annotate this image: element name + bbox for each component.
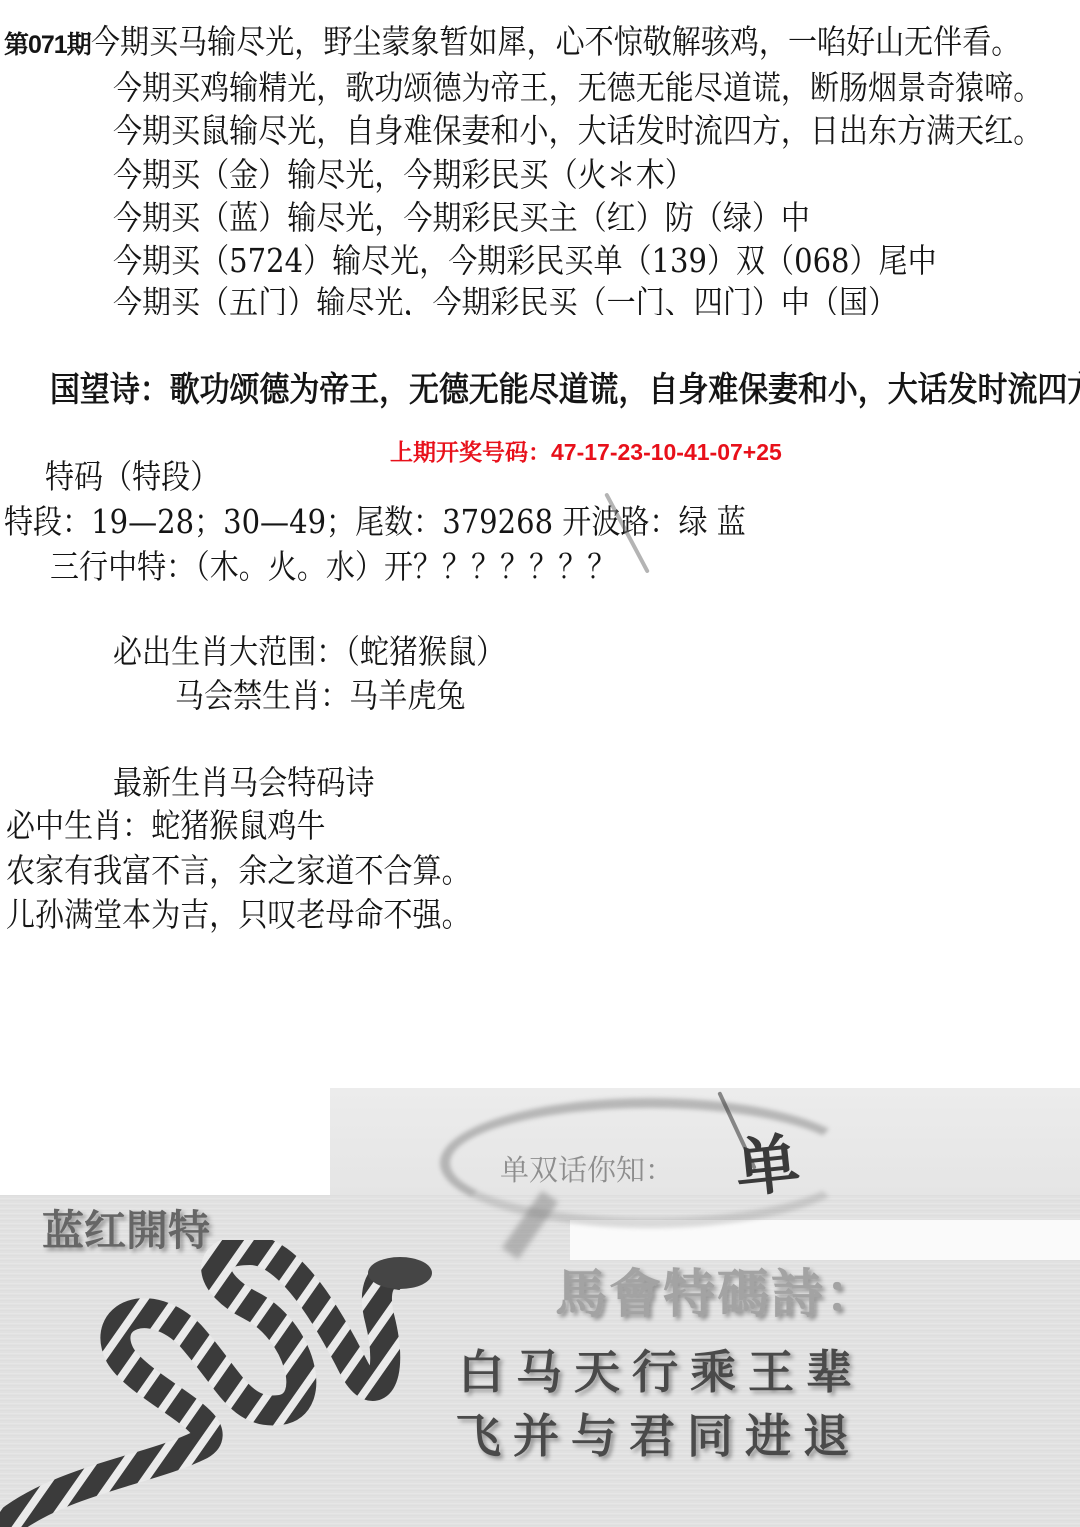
- three-elements: 三行中特：（木。火。水）开？？？？？？？: [50, 547, 616, 587]
- must-zodiac: 必中生肖：蛇猪猴鼠鸡牛: [6, 806, 325, 846]
- issue-number: 第071期: [4, 31, 91, 59]
- last-draw-numbers: 47-17-23-10-41-07+25: [551, 439, 782, 465]
- forecast-line-4: 今期买（金）输尽光，今期彩民买（火＊木）: [113, 155, 694, 195]
- special-segments: 特段：19—28；30—49；尾数：379268 开波路：绿 蓝: [4, 502, 746, 542]
- banner-poem-line-1: 白马天行乘王辈: [458, 1336, 864, 1402]
- forecast-line-3: 今期买鼠输尽光，自身难保妻和小，大话发时流四方，日出东方满天红。: [113, 111, 1042, 151]
- banner-poem-line-2: 飞并与君同进退: [455, 1400, 861, 1466]
- poem-title: 最新生肖马会特码诗: [113, 763, 374, 803]
- odd-even-answer: 单: [730, 1112, 803, 1210]
- banner-poem-title: 馬會特碼詩：: [555, 1252, 879, 1327]
- forecast-line-5: 今期买（蓝）输尽光，今期彩民买主（红）防（绿）中: [113, 198, 810, 238]
- forecast-line-7: 今期买（五门）输尽光，今期彩民买（一门、四门）中（国）: [113, 283, 897, 315]
- snake-illustration-icon: [0, 1240, 460, 1527]
- zodiac-banned: 马会禁生肖：马羊虎兔: [175, 676, 465, 716]
- forecast-line-2: 今期买鸡输精光，歌功颂德为帝王，无德无能尽道谎，断肠烟景奇猿啼。: [113, 68, 1042, 108]
- odd-even-label: 单双话你知：: [500, 1148, 674, 1189]
- poem-line-1: 农家有我富不言，余之家道不合算。: [6, 851, 471, 891]
- last-draw-result: 上期开奖号码：47-17-23-10-41-07+25: [390, 432, 782, 472]
- zodiac-range: 必出生肖大范围：（蛇猪猴鼠）: [113, 632, 505, 672]
- national-poem: 国望诗：歌功颂德为帝王，无德无能尽道谎，自身难保妻和小，大话发时流四方。: [50, 370, 1080, 410]
- forecast-line-1: 第071期今期买马输尽光，野尘蒙象暂如犀，心不惊敬解骇鸡，一啗好山无伴看。: [4, 22, 1080, 65]
- last-draw-label: 上期开奖号码：: [390, 439, 551, 465]
- forecast-line-6: 今期买（5724）输尽光，今期彩民买单（139）双（068）尾中: [113, 241, 937, 281]
- poem-line-2: 儿孙满堂本为吉，只叹老母命不强。: [6, 895, 471, 935]
- special-heading: 特码（特段）: [45, 457, 219, 497]
